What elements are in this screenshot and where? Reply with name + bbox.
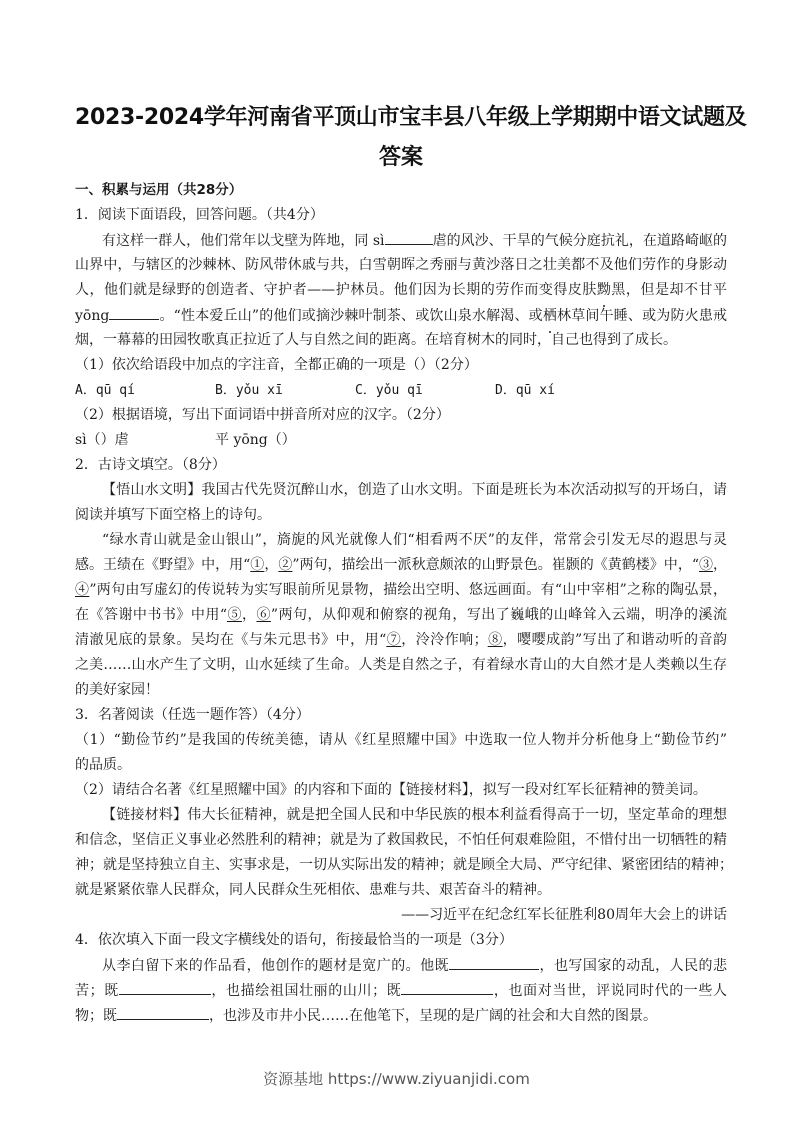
question-2-passage: 【悟山水文明】我国古代先贤沉醉山水，创造了山水文明。下面是班长为本次活动拟写的开…: [75, 478, 727, 703]
fill-blank[interactable]: [401, 978, 493, 995]
question-1-fill-items: sì（）虐 平 yōng（）: [75, 428, 727, 453]
question-4-passage: 从李白留下来的作品看，他创作的题材是宽广的。他既，也写国家的动乱，人民的悲苦；既…: [75, 953, 727, 1028]
fill-blank[interactable]: [385, 228, 433, 245]
underlined-blank-number: ⑤: [227, 607, 242, 623]
fill-item-si-nue: sì（）虐: [75, 428, 215, 453]
underlined-blank-number: ③: [699, 557, 713, 573]
text-line: “绿水青山就是金山银山”，旖旎的风光就像人们“相看两不厌”的友伴，常常会引发无尽…: [75, 528, 727, 553]
text-line: 在《答谢中书书》中用“⑤，⑥”两句，从仰观和俯察的视角，写出了巍峨的山峰耸入云端…: [75, 603, 727, 628]
underlined-blank-number: ⑧: [488, 632, 503, 648]
text-line: 【悟山水文明】我国古代先贤沉醉山水，创造了山水文明。下面是班长为本次活动拟写的开…: [75, 478, 727, 503]
document-title: 2023-2024学年河南省平顶山市宝丰县八年级上学期期中语文试题及 答案: [75, 98, 727, 178]
question-3-sub1: （1）“勤俭节约”是我国的传统美德，请从《红星照耀中国》中选取一位人物并分析他身…: [75, 728, 727, 778]
link-material: 【链接材料】伟大长征精神，就是把全国人民和中华民族的根本利益看得高于一切，坚定革…: [75, 803, 727, 903]
fill-item-ping-yong: 平 yōng（）: [215, 428, 355, 453]
text-line: （2）请结合名著《红星照耀中国》的内容和下面的【链接材料】，拟写一段对红军长征精…: [75, 778, 727, 803]
text-line: 苦；既，也描绘祖国壮丽的山川；既，也面对当世，评说同时代的一些人: [75, 978, 727, 1003]
question-3-sub2: （2）请结合名著《红星照耀中国》的内容和下面的【链接材料】，拟写一段对红军长征精…: [75, 778, 727, 803]
dotted-character: 黝: [597, 278, 611, 303]
fill-blank[interactable]: [119, 978, 211, 995]
text-line: 有这样一群人，他们常年以戈壁为阵地，同 sì虐的风沙、干旱的气候分庭抗礼，在道路…: [75, 228, 727, 253]
question-4-stem: 4．依次填入下面一段文字横线处的语句，衔接最恰当的一项是（3分）: [75, 928, 727, 953]
section-heading: 一、积累与运用（共28分）: [75, 178, 727, 203]
question-1: 1．阅读下面语段，回答问题。（共4分） 有这样一群人，他们常年以戈壁为阵地，同 …: [75, 203, 727, 453]
option-b[interactable]: B．yǒu xī: [215, 378, 355, 403]
text-line: 阅读并填写下面空格上的诗句。: [75, 503, 727, 528]
underlined-blank-number: ⑥: [256, 607, 270, 623]
watermark: 资源基地 https://www.ziyuanjidi.com: [0, 1068, 793, 1089]
text-line: 从李白留下来的作品看，他创作的题材是宽广的。他既，也写国家的动乱，人民的悲: [75, 953, 727, 978]
option-c[interactable]: C．yǒu qī: [355, 378, 495, 403]
question-2-stem: 2．古诗文填空。（8分）: [75, 453, 727, 478]
text-line: 烟，一幕幕的田园牧歌真正拉近了人与自然之间的距离。在培育树木的同时，自己也得到了…: [75, 328, 727, 353]
text-line: 的品质。: [75, 753, 727, 778]
question-1-passage: 有这样一群人，他们常年以戈壁为阵地，同 sì虐的风沙、干旱的气候分庭抗礼，在道路…: [75, 228, 727, 353]
underlined-blank-number: ④: [75, 582, 89, 598]
underlined-blank-number: ①: [250, 557, 264, 573]
dotted-character: 栖: [543, 304, 557, 329]
text-line: 人，他们就是绿野的创造者、守护者——护林员。他们因为长期的劳作而变得皮肤黝黑，但…: [75, 278, 727, 303]
title-line-2: 答案: [75, 138, 727, 178]
question-1-sub1-stem: （1）依次给语段中加点的字注音，全都正确的一项是（）（2分）: [75, 353, 727, 378]
text-line: 之美……山水产生了文明，山水延续了生命。人类是自然之子，有着绿水青山的大自然才是…: [75, 653, 727, 678]
text-line: 物；既，也涉及市井小民……在他笔下，呈现的是广阔的社会和大自然的图景。: [75, 1003, 727, 1028]
text-line: 和信念，坚信正义事业必然胜利的精神；就是为了救国救民，不怕任何艰难险阻，不惜付出…: [75, 828, 727, 853]
fill-blank[interactable]: [117, 1003, 209, 1020]
fill-blank[interactable]: [109, 303, 159, 320]
text-line: ④”两句由写虚幻的传说转为实写眼前所见景物，描绘出空明、悠远画面。有“山中宰相”…: [75, 578, 727, 603]
text-line: 神；就是坚持独立自主、实事求是，一切从实际出发的精神；就是顾全大局、严守纪律、紧…: [75, 853, 727, 878]
material-attribution: ——习近平在纪念红军长征胜利80周年大会上的讲话: [75, 903, 727, 928]
text-line: 的美好家园！: [75, 678, 727, 703]
exam-content: 一、积累与运用（共28分） 1．阅读下面语段，回答问题。（共4分） 有这样一群人…: [75, 178, 727, 1028]
underlined-blank-number: ②: [278, 557, 292, 573]
question-1-sub2-stem: （2）根据语境，写出下面词语中拼音所对应的汉字。（2分）: [75, 403, 727, 428]
text-line: 【链接材料】伟大长征精神，就是把全国人民和中华民族的根本利益看得高于一切，坚定革…: [75, 803, 727, 828]
question-3: 3．名著阅读（任选一题作答）（4分） （1）“勤俭节约”是我国的传统美德，请从《…: [75, 703, 727, 928]
fill-blank[interactable]: [449, 953, 539, 970]
title-line-1: 2023-2024学年河南省平顶山市宝丰县八年级上学期期中语文试题及: [75, 98, 727, 138]
question-4: 4．依次填入下面一段文字横线处的语句，衔接最恰当的一项是（3分） 从李白留下来的…: [75, 928, 727, 1028]
text-line: （1）“勤俭节约”是我国的传统美德，请从《红星照耀中国》中选取一位人物并分析他身…: [75, 728, 727, 753]
text-line: 就是紧紧依靠人民群众，同人民群众生死相依、患难与共、艰苦奋斗的精神。: [75, 878, 727, 903]
text-line: 清澈见底的景象。吴均在《与朱元思书》中，用“⑦，泠泠作响；⑧，嘤嘤成韵”写出了和…: [75, 628, 727, 653]
question-2: 2．古诗文填空。（8分） 【悟山水文明】我国古代先贤沉醉山水，创造了山水文明。下…: [75, 453, 727, 703]
question-1-stem: 1．阅读下面语段，回答问题。（共4分）: [75, 203, 727, 228]
underlined-blank-number: ⑦: [386, 632, 401, 648]
option-a[interactable]: A．qū qí: [75, 378, 215, 403]
option-d[interactable]: D．qū xí: [495, 378, 635, 403]
text-line: 感。王绩在《野望》中，用“①，②”两句，描绘出一派秋意颇浓的山野景色。崔颢的《黄…: [75, 553, 727, 578]
question-1-options: A．qū qí B．yǒu xī C．yǒu qī D．qū xí: [75, 378, 727, 403]
text-line: 山界中，与辖区的沙棘林、防风带休戚与共，白雪朝晖之秀丽与黄沙落日之壮美都不及他们…: [75, 253, 727, 278]
text-line: yōng。“性本爱丘山”的他们或摘沙棘叶制茶、或饮山泉水解渴、或栖林草间午睡、或…: [75, 303, 727, 328]
question-3-stem: 3．名著阅读（任选一题作答）（4分）: [75, 703, 727, 728]
